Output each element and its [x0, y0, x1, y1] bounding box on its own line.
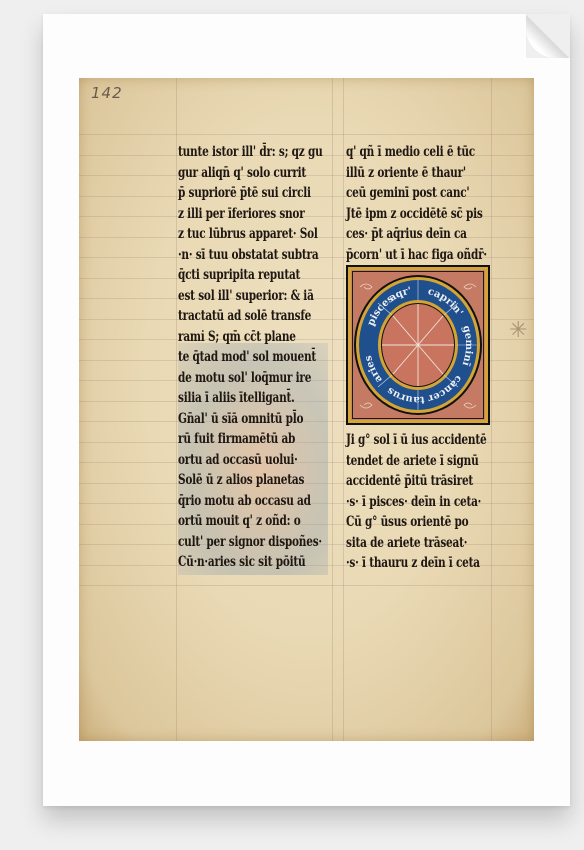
manuscript-line: ·s· ī pisces· deīn in ceta· — [346, 492, 486, 513]
manuscript-line: q' qñ ī medio celi ē tūc — [346, 142, 487, 163]
manuscript-line: z illi per īferiores snor — [178, 204, 323, 225]
manuscript-line: ·s· ī thauru z deīn ī ceta — [346, 553, 486, 574]
manuscript-line: q̄cti supripita reputat — [178, 265, 323, 286]
manuscript-line: ·n· sī tuu obstatat subtra — [178, 245, 323, 266]
manuscript-line: Gn̄al' ū sīā omnitū pl̄o — [178, 409, 323, 430]
ruling-horizontal — [79, 134, 534, 135]
manuscript-line: tunte istor ill' d̄r: s; qz gu — [178, 142, 323, 163]
manuscript-line: cult' per signor dispoñes· — [178, 532, 323, 553]
ruling-vertical — [176, 78, 177, 741]
manuscript-line: Cū·n·aries sic sit pōitū — [178, 552, 323, 573]
manuscript-line: Ji g° sol ī ū ius accidentē — [346, 430, 486, 451]
manuscript-line: sita de ariete trāseat· — [346, 533, 486, 554]
manuscript-line: p̄corn' ut ī hac figa oñdr̄· — [346, 245, 487, 266]
manuscript-line: q̄rio motu ab occasu ad — [178, 491, 323, 512]
manuscript-line: ces· p̄t aq̄rius deīn ca — [346, 224, 487, 245]
manuscript-line: rū fuit firmamētū ab — [178, 429, 323, 450]
right-text-column-top: q' qñ ī medio celi ē tūcillū z oriente ē… — [346, 142, 527, 265]
zodiac-circle: pisces aqr' caprin' geminī cancer taurus — [346, 265, 490, 425]
ruling-horizontal — [79, 585, 534, 586]
manuscript-line: rami̇ S; qm̄ cc̄t plane — [178, 327, 323, 348]
manuscript-line: accidentē p̄itū trāsiret — [346, 471, 486, 492]
manuscript-line: tendet de ariete ī signū — [346, 451, 486, 472]
manuscript-line: z tuc lūbrus apparet· Sol — [178, 224, 323, 245]
manuscript-line: ortu ad occasū uolui· — [178, 450, 323, 471]
manuscript-line: illū z oriente ē thaur' — [346, 163, 487, 184]
manuscript-line: silia ī aliis ītelligant̄. — [178, 388, 323, 409]
manuscript-line: Cū g° ūsus orientē po — [346, 512, 486, 533]
manuscript-line: ceū geminī post canc' — [346, 183, 487, 204]
manuscript-line: Jtē ipm z occidētē sc̄ pis — [346, 204, 487, 225]
print-card: 142 tunte istor ill' d̄r: s; qz gugur al… — [43, 14, 570, 806]
manuscript-line: est sol ill' superior: & iā — [178, 286, 323, 307]
marginal-star-mark: ✳ — [509, 318, 527, 343]
manuscript-line: gur aliqn̄ q' solo currit — [178, 163, 323, 184]
right-text-column-bottom: Ji g° sol ī ū ius accidentētendet de ari… — [346, 430, 526, 574]
manuscript-line: tractatū ad solē transfe — [178, 306, 323, 327]
zodiac-diagram: pisces aqr' caprin' geminī cancer taurus — [346, 265, 490, 425]
manuscript-line: ortū mouit q' z oñd: o — [178, 511, 323, 532]
manuscript-line: Solē ū z alios planetas — [178, 470, 323, 491]
folio-number: 142 — [91, 84, 123, 102]
manuscript-page: 142 tunte istor ill' d̄r: s; qz gugur al… — [79, 78, 534, 741]
manuscript-line: p̄ supriorē p̄tē sui circli — [178, 183, 323, 204]
manuscript-line: te q̄tad mod' sol mouent̄ — [178, 347, 323, 368]
left-text-column: tunte istor ill' d̄r: s; qz gugur aliqn̄… — [178, 142, 363, 573]
manuscript-line: de motu sol' loq̄mur ire — [178, 368, 323, 389]
page-curl-corner — [526, 14, 570, 58]
